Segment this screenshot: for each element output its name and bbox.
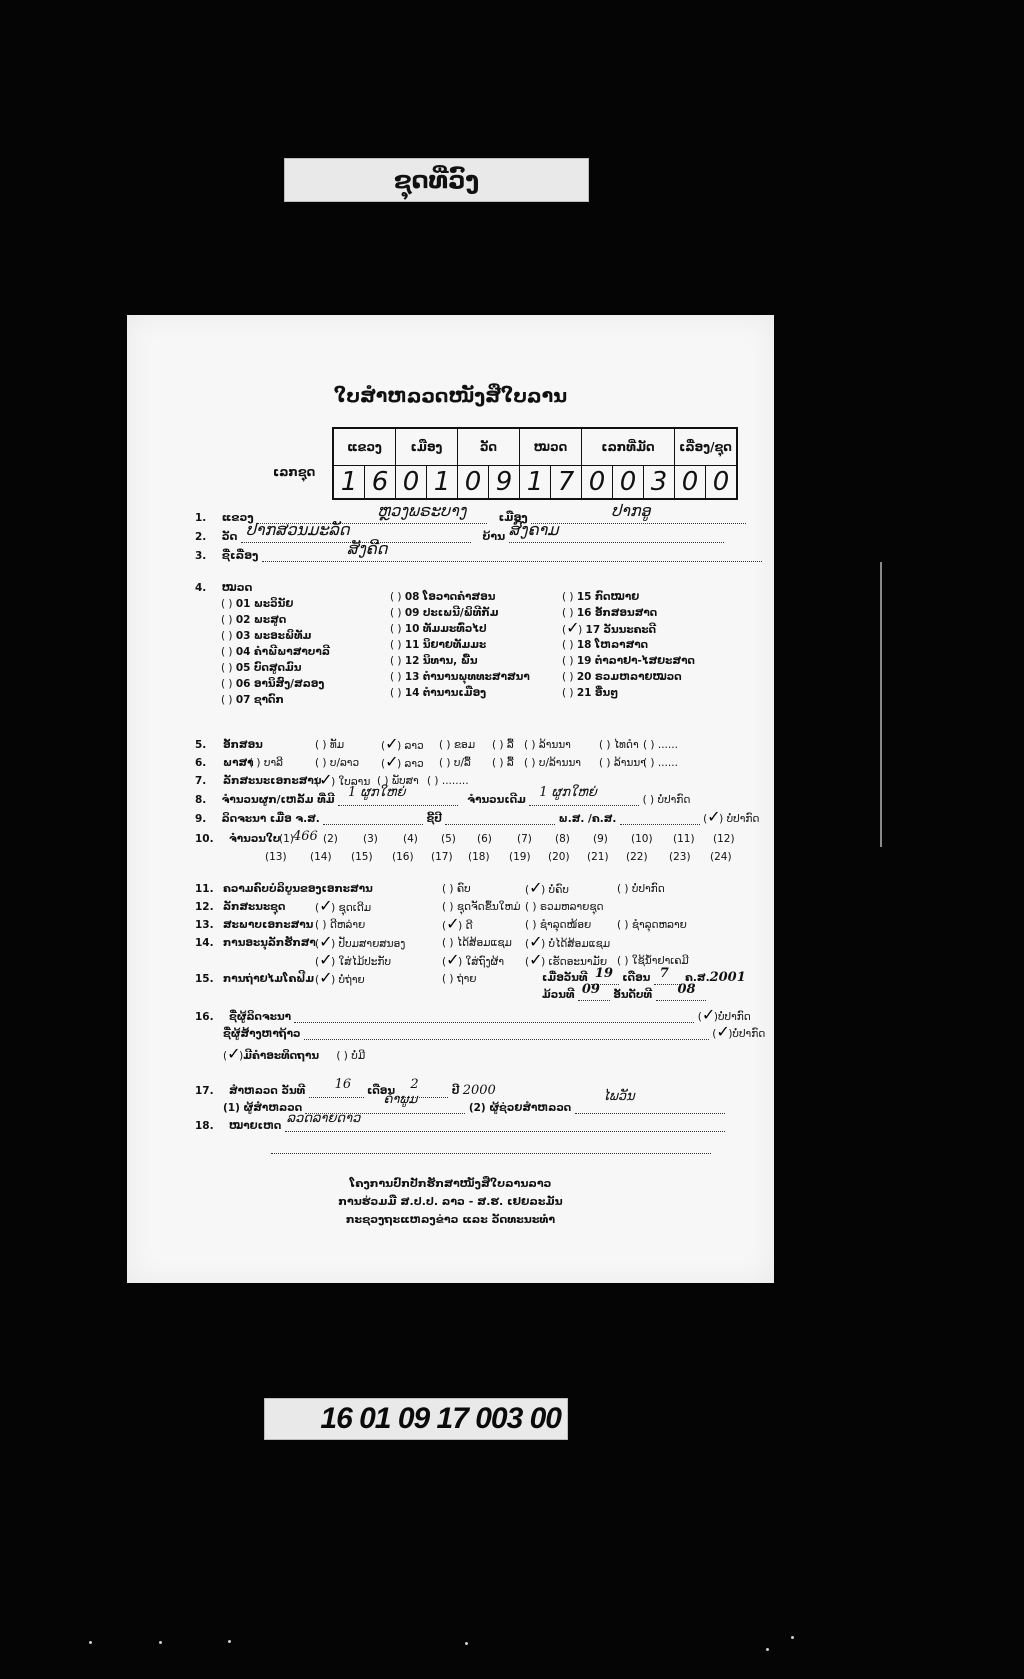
- prayer-yes-option[interactable]: (✓)ມີຄຳອະທິດຖານ: [223, 1050, 319, 1062]
- leaf-slot: (3): [363, 833, 378, 845]
- remarks-line-2: [271, 1135, 711, 1154]
- item14-option-0[interactable]: (✓) ປັບມສາຍສນອງ: [315, 937, 405, 950]
- village-value: ສົງຄາມ: [509, 520, 559, 539]
- item6-option-6[interactable]: ( ) ລ້ານນາ: [599, 757, 646, 769]
- category-option-14[interactable]: ( ) 14 ຕຳນານເມືອງ: [390, 687, 486, 699]
- item12-option-0[interactable]: (✓) ຊຸດເດີມ: [315, 901, 371, 914]
- film-edge-line: [880, 562, 882, 847]
- leaf-slot: (15): [351, 851, 373, 863]
- code-digit: 0: [396, 466, 427, 500]
- item-9: 9. ລິດຈະນາ ເມື່ອ ຈ.ສ. ຊີ້ປີ ພ.ສ. /ຄ.ສ. (…: [195, 812, 759, 825]
- item5-option-4[interactable]: ( ) ລ້ານນາ: [524, 739, 571, 751]
- microfilm-date: ເມື່ອວັນທີ 19 ເດືອນ 7 ຄ.ສ.2001: [542, 970, 746, 985]
- code-header: ໝວດ: [520, 428, 582, 466]
- leaf-slot: (11): [673, 833, 695, 845]
- category-option-10[interactable]: ( ) 10 ທັມມະທົ່ວໄປ: [390, 623, 487, 635]
- item-3: 3. ຊື່ເລື່ອງ ສັງຄີດ: [195, 549, 762, 562]
- category-option-19[interactable]: ( ) 19 ຕຳລາຢາ-ໄສຍະສາດ: [562, 655, 695, 667]
- leaf-slot: (7): [517, 833, 532, 845]
- code-header: ແຂວງ: [333, 428, 396, 466]
- item6-option-0[interactable]: ( ) ບາລີ: [249, 757, 283, 769]
- temple-value: ປາກສວນມະລັດ: [246, 520, 350, 539]
- film-dust: [89, 1641, 92, 1644]
- item14-label: 14.ການອະນຸລັກຮັກສາ: [195, 937, 214, 949]
- item5-option-3[interactable]: ( ) ລື້: [492, 739, 514, 751]
- leaf-slot: (9): [593, 833, 608, 845]
- category-option-03[interactable]: ( ) 03 ພະອະພິທັມ: [221, 630, 311, 642]
- leaf-slot: (10): [631, 833, 653, 845]
- district-value: ປາກອູ: [611, 501, 650, 520]
- survey-form-page: ໃບສຳຫລວດໜັງສືໃບລານ ເລກຊຸດ ແຂວງເມືອງວັດໝວ…: [127, 315, 774, 1283]
- code-label: ເລກຊຸດ: [273, 465, 315, 479]
- category-option-21[interactable]: ( ) 21 ອື່ນໆ: [562, 687, 618, 699]
- item11-label: 11.ຄວາມຄົບບໍລິບູນຂອງເອກະສານ: [195, 883, 214, 895]
- footer-line-3: ກະຊວງຖະແຫລງຂ່າວ ແລະ ວັດທະນະທຳ: [127, 1213, 774, 1226]
- code-digit: 1: [333, 466, 365, 500]
- item-16b: ຊື່ຜູ້ສ້າງຫາຖ້າວ (✓)ບໍ່ປາກົດ: [223, 1027, 765, 1040]
- code-digit: 1: [520, 466, 551, 500]
- leaf-slot: (16): [392, 851, 414, 863]
- category-option-02[interactable]: ( ) 02 ພະສູດ: [221, 614, 286, 626]
- item-9-option[interactable]: (✓) ບໍ່ປາກົດ: [703, 813, 759, 825]
- leaf-slot: (21): [587, 851, 609, 863]
- category-option-07[interactable]: ( ) 07 ຊາດົກ: [221, 694, 284, 706]
- item15-label: 15.ການຖ່າຍໄມໂຄຟີມ: [195, 973, 214, 985]
- original-count-value: 1 ຜູກໃຫຍ່: [539, 785, 597, 800]
- bundle-code-label: 16 01 09 17 003 00: [264, 1398, 568, 1440]
- item14-option-4[interactable]: (✓) ໃສ່ຖົງຜ້າ: [442, 955, 504, 968]
- category-option-18[interactable]: ( ) 18 ໂຫລາສາດ: [562, 639, 648, 651]
- item12-option-2[interactable]: ( ) ຣວມຫລາຍຊຸດ: [525, 901, 604, 913]
- item11-option-0[interactable]: ( ) ຄົບ: [442, 883, 471, 895]
- category-option-11[interactable]: ( ) 11 ນິຍາຍທັມມະ: [390, 639, 486, 651]
- leaf-slot: (1): [279, 833, 294, 845]
- item-8-option[interactable]: ( ) ບໍ່ປາກົດ: [643, 794, 691, 806]
- item-4-label: 4. ໝວດ: [195, 581, 252, 594]
- film-dust: [228, 1640, 231, 1643]
- code-digit: 9: [489, 466, 520, 500]
- leaf-slot: (22): [626, 851, 648, 863]
- leaf-slot: (23): [669, 851, 691, 863]
- leaf-slot: (8): [555, 833, 570, 845]
- item-18: 18. ໝາຍເຫດ ລວດລາຍດາວ: [195, 1119, 725, 1132]
- category-option-09[interactable]: ( ) 09 ປະເພນີ/ພິທີກັມ: [390, 607, 498, 619]
- item11-option-2[interactable]: ( ) ບໍ່ປາກົດ: [617, 883, 665, 895]
- leaf-slot: (5): [441, 833, 456, 845]
- item-16b-option[interactable]: (✓)ບໍ່ປາກົດ: [712, 1028, 765, 1040]
- item13-label: 13.ສະພາບເອກະສານ: [195, 919, 214, 931]
- item6-option-1[interactable]: ( ) ບ/ລາວ: [315, 757, 359, 769]
- item14-option-3[interactable]: (✓) ໃສ່ໄມ້ປະກັບ: [315, 955, 391, 968]
- item12-label: 12.ລັກສະນະຊຸດ: [195, 901, 214, 913]
- item6-option-4[interactable]: ( ) ລື້: [492, 757, 514, 769]
- item15-option-0[interactable]: (✓) ບໍ່ຖ່າຍ: [315, 973, 365, 986]
- item-8: 8. ຈຳນວນຜູກ/ເຫລັ້ມ ທີ່ມີ 1 ຜູກໃຫຍ່ ຈຳນວນ…: [195, 793, 690, 806]
- item5-option-5[interactable]: ( ) ໄທດຳ: [599, 739, 639, 751]
- film-dust: [465, 1642, 468, 1645]
- code-digit: 6: [365, 466, 396, 500]
- prayer-no-option[interactable]: ( ) ບໍ່ມີ: [336, 1050, 365, 1062]
- code-digit: 1: [427, 466, 458, 500]
- leaf-slot: (4): [403, 833, 418, 845]
- item14-option-2[interactable]: (✓) ບໍ່ໄດ້ສ້ອມແຊມ: [525, 937, 610, 950]
- microfilm-roll: ມ້ວນທີ 09 ອັນດັບທີ 08: [542, 988, 706, 1001]
- code-digit: 0: [675, 466, 706, 500]
- item13-option-2[interactable]: ( ) ຊຳລຸດໜ້ອຍ: [525, 919, 591, 931]
- item-2: 2. ວັດ ປາກສວນມະລັດ ບ້ານ ສົງຄາມ: [195, 530, 724, 543]
- category-option-13[interactable]: ( ) 13 ຕຳນານພຸທທະສາສນາ: [390, 671, 530, 683]
- film-dust: [766, 1648, 769, 1651]
- leaf-count-1: 466: [293, 829, 318, 844]
- category-option-04[interactable]: ( ) 04 ຄຳພີພາສາບາລີ: [221, 646, 330, 658]
- leaf-slot: (17): [431, 851, 453, 863]
- item5-label: 5.ອັກສອນ: [195, 739, 206, 751]
- bundle-title-label: ຊຸດທີ່ວົງ: [284, 158, 589, 202]
- item6-option-3[interactable]: ( ) ບ/ລື້: [439, 757, 471, 769]
- code-header: ວັດ: [458, 428, 520, 466]
- category-option-05[interactable]: ( ) 05 ບົດສູດມົນ: [221, 662, 301, 674]
- item13-option-0[interactable]: ( ) ດີຫລ່າຍ: [315, 919, 365, 931]
- item14-option-1[interactable]: ( ) ໄດ້ສ້ອມແຊມ: [442, 937, 512, 949]
- item5-option-6[interactable]: ( ) ......: [643, 739, 678, 751]
- item6-option-7[interactable]: ( ) ......: [643, 757, 678, 769]
- footer-line-1: ໂຄງການປົກປັກຮັກສາໜັງສືໃບລານລາວ: [127, 1177, 774, 1190]
- item6-option-5[interactable]: ( ) ບ/ລ້ານນາ: [524, 757, 581, 769]
- leaf-slot: (6): [477, 833, 492, 845]
- item13-option-3[interactable]: ( ) ຊຳລຸດຫລາຍ: [617, 919, 687, 931]
- code-header: ເມືອງ: [396, 428, 458, 466]
- item5-option-0[interactable]: ( ) ທັມ: [315, 739, 344, 751]
- leaf-slot: (13): [265, 851, 287, 863]
- province-value: ຫຼວງພຣະບາງ: [377, 501, 466, 520]
- code-header: ເລື່ອງ/ຊຸດ: [675, 428, 738, 466]
- category-option-17[interactable]: (✓) 17 ວັນນະຄະດີ: [562, 623, 656, 636]
- item7-label: 7.ລັກສະນະເອກະສານ: [195, 775, 206, 787]
- leaf-slot: (18): [468, 851, 490, 863]
- code-digit: 0: [706, 466, 738, 500]
- code-digit: 7: [551, 466, 582, 500]
- code-header: ເລກທີ່ມັດ: [582, 428, 675, 466]
- item12-option-1[interactable]: ( ) ຊຸດຈັດຂຶ້ນໃຫມ່: [442, 901, 521, 913]
- leaf-slot: (2): [323, 833, 338, 845]
- bundle-count-value: 1 ຜູກໃຫຍ່: [348, 785, 406, 800]
- category-option-06[interactable]: ( ) 06 ອານິສົງ/ສລອງ: [221, 678, 324, 690]
- item5-option-1[interactable]: (✓) ລາວ: [381, 739, 424, 752]
- item-17: 17. ສຳຫລວດ ວັນທີ 16 ເດືອນ 2 ປີ 2000: [195, 1083, 496, 1098]
- item-16c: (✓)ມີຄຳອະທິດຖານ ( ) ບໍ່ມີ: [223, 1049, 365, 1062]
- category-option-08[interactable]: ( ) 08 ໂອວາດຄຳສອນ: [390, 591, 495, 603]
- item11-option-1[interactable]: (✓) ບໍ່ຄົບ: [525, 883, 569, 896]
- category-option-20[interactable]: ( ) 20 ຣວມຫລາຍໝວດ: [562, 671, 682, 683]
- category-option-15[interactable]: ( ) 15 ກົດໝາຍ: [562, 591, 639, 603]
- leaf-slot: (19): [509, 851, 531, 863]
- item-10: 10. ຈຳນວນໃບ: [195, 833, 280, 845]
- code-digit: 0: [613, 466, 644, 500]
- code-digit: 0: [582, 466, 613, 500]
- code-digit: 0: [458, 466, 489, 500]
- item14-option-6[interactable]: ( ) ໃຊ້ນ້ຳຢາເຄມີ: [617, 955, 689, 967]
- leaf-slot: (20): [548, 851, 570, 863]
- item7-option-2[interactable]: ( ) ........: [427, 775, 469, 787]
- code-digit: 3: [644, 466, 675, 500]
- leaf-slot: (14): [310, 851, 332, 863]
- item15-option-1[interactable]: ( ) ຖ່າຍ: [442, 973, 477, 985]
- item-16: 16. ຊື່ຜູ້ລິດຈະນາ (✓)ບໍ່ປາກົດ: [195, 1010, 751, 1023]
- leaf-slot: (12): [713, 833, 735, 845]
- item6-option-2[interactable]: (✓) ລາວ: [381, 757, 424, 770]
- code-table: ແຂວງເມືອງວັດໝວດເລກທີ່ມັດເລື່ອງ/ຊຸດ 16010…: [332, 427, 738, 500]
- footer-line-2: ການຮ່ວມມື ສ.ປ.ປ. ລາວ - ສ.ຮ. ເຢຍລະມັນ: [127, 1195, 774, 1208]
- leaf-slot: (24): [710, 851, 732, 863]
- category-option-12[interactable]: ( ) 12 ນິທານ, ພື້ນ: [390, 655, 478, 667]
- category-option-01[interactable]: ( ) 01 ພະວິນັຍ: [221, 598, 293, 610]
- film-dust: [159, 1641, 162, 1644]
- form-title: ໃບສຳຫລວດໜັງສືໃບລານ: [127, 385, 774, 407]
- item6-label: 6.ພາສາ: [195, 757, 206, 769]
- item13-option-1[interactable]: (✓) ດີ: [442, 919, 473, 932]
- film-dust: [791, 1636, 794, 1639]
- title-value: ສັງຄີດ: [347, 539, 388, 558]
- item5-option-2[interactable]: ( ) ຂອມ: [439, 739, 475, 751]
